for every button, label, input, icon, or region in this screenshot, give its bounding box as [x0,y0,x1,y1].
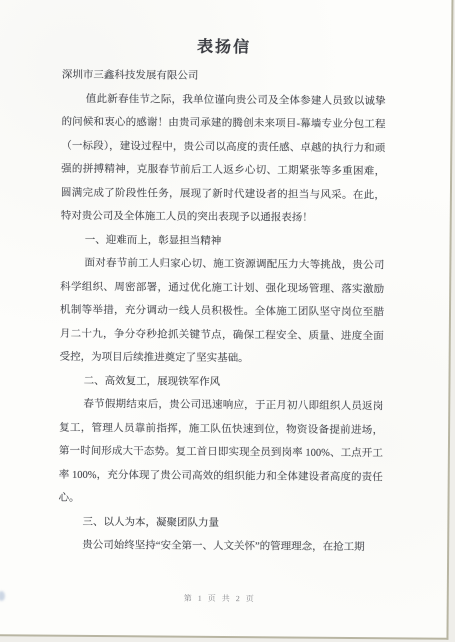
section-2-paragraph: 春节假期结束后，贵公司迅速响应，于正月初八即组织人员返岗复工，管理人员靠前指挥，… [58,393,383,513]
recipient-company: 深圳市三鑫科技发展有限公司 [62,64,386,90]
section-1-heading: 一、迎难而上，彰显担当精神 [60,228,384,254]
document-title: 表扬信 [62,33,386,63]
section-3-paragraph: 贵公司始终坚持“安全第一、人文关怀”的管理理念，在抢工期 [58,534,382,560]
intro-paragraph: 值此新春佳节之际，我单位谨向贵公司及全体参建人员致以诚挚的问候和衷心的感谢！由贵… [61,87,386,231]
scanned-page: 表扬信 深圳市三鑫科技发展有限公司 值此新春佳节之际，我单位谨向贵公司及全体参建… [0,0,454,640]
section-1-paragraph: 面对春节前工人归家心切、施工资源调配压力大等挑战，贵公司科学组织、周密部署，通过… [60,252,385,372]
section-2-heading: 二、高效复工，展现铁军作风 [59,369,383,395]
letter-body: 表扬信 深圳市三鑫科技发展有限公司 值此新春佳节之际，我单位谨向贵公司及全体参建… [58,33,386,560]
page-number: 第 1 页 共 2 页 [58,592,382,606]
section-3-heading: 三、以人为本，凝聚团队力量 [58,510,382,536]
